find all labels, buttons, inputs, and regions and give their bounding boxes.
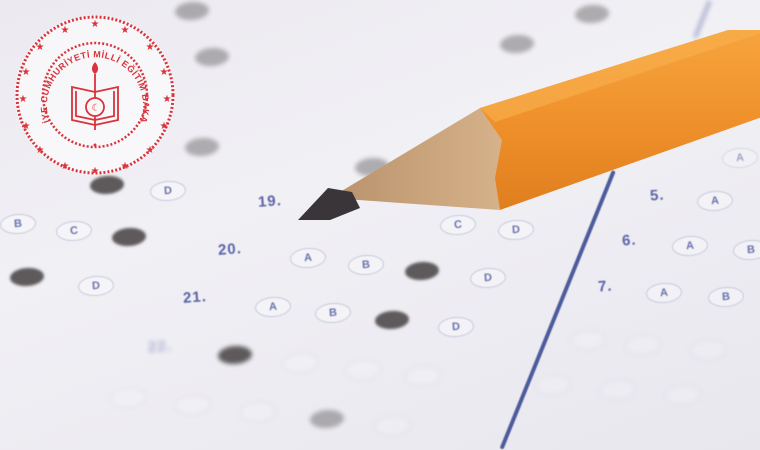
filled-bubble	[9, 267, 44, 287]
photo-scene: D B C D 19. C D 20. A B D 21. A B D 22.	[0, 0, 760, 450]
svg-text:★: ★	[121, 161, 130, 172]
svg-text:★: ★	[91, 166, 100, 177]
svg-text:★: ★	[160, 121, 169, 132]
question-number-20: 20.	[217, 240, 242, 259]
svg-text:★: ★	[146, 145, 155, 156]
svg-text:★: ★	[146, 42, 155, 53]
svg-text:★: ★	[19, 94, 28, 105]
question-number-22: 22.	[147, 337, 172, 356]
svg-text:★: ★	[163, 94, 172, 105]
svg-text:★: ★	[61, 161, 70, 172]
pencil	[290, 30, 760, 230]
bubble-d[interactable]: D	[77, 275, 114, 297]
bubble-a[interactable]: A	[671, 235, 708, 257]
svg-text:☾: ☾	[92, 103, 101, 114]
svg-text:★: ★	[61, 25, 70, 36]
svg-text:★: ★	[22, 121, 31, 132]
svg-text:★: ★	[121, 25, 130, 36]
filled-bubble	[111, 227, 146, 247]
bubble-b[interactable]: B	[707, 286, 744, 308]
bubble-a[interactable]: A	[254, 296, 291, 318]
question-number-19: 19.	[257, 192, 282, 211]
bubble-b[interactable]: B	[347, 254, 384, 276]
bubble-d[interactable]: D	[437, 316, 474, 338]
svg-text:★: ★	[36, 42, 45, 53]
bubble-b[interactable]: B	[732, 239, 760, 261]
question-number-7: 7.	[597, 278, 613, 296]
svg-text:★: ★	[22, 67, 31, 78]
bubble-a[interactable]: A	[645, 282, 682, 304]
bubble-c[interactable]: C	[55, 220, 92, 242]
question-number-6: 6.	[621, 232, 637, 250]
filled-bubble-c	[374, 310, 409, 330]
bubble-a[interactable]: A	[289, 247, 326, 269]
bubble-b[interactable]: B	[0, 213, 37, 235]
filled-bubble-a	[217, 345, 252, 365]
ministry-seal-logo: ★★★★ ★★★★ ★★★★ ★★★★ TÜRKİYE CUMHURİYETİ …	[12, 12, 178, 178]
bubble-d[interactable]: D	[149, 180, 186, 202]
svg-text:★: ★	[36, 145, 45, 156]
bubble-d[interactable]: D	[469, 267, 506, 289]
question-number-21: 21.	[182, 288, 207, 307]
svg-text:★: ★	[91, 19, 100, 30]
svg-text:★: ★	[160, 67, 169, 78]
filled-bubble-c	[404, 261, 439, 281]
bubble-b[interactable]: B	[314, 302, 351, 324]
